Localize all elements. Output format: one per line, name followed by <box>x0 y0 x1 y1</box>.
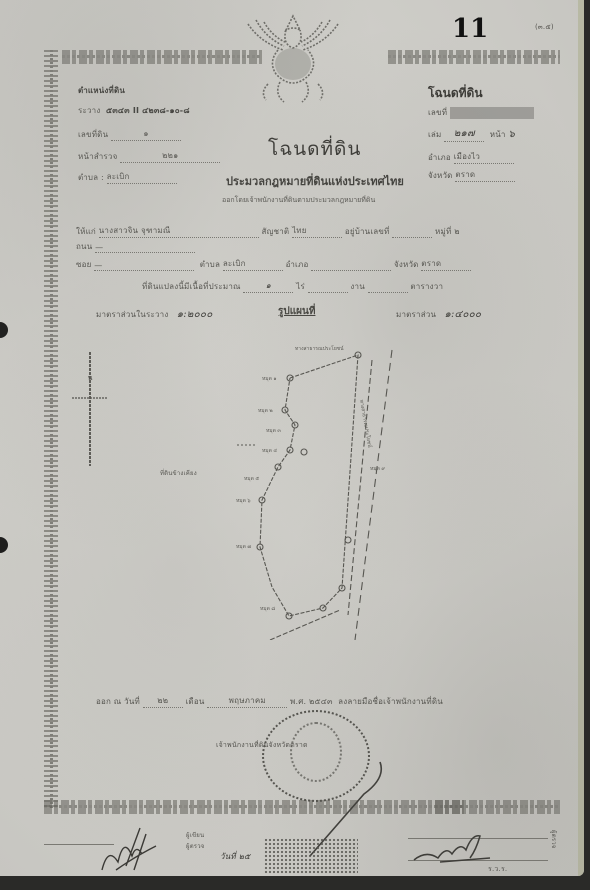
left-block-heading: ตำแหน่งที่ดิน <box>78 84 125 97</box>
svg-text:หมุด ๑: หมุด ๑ <box>262 376 277 382</box>
punch-hole-top <box>0 322 8 338</box>
map-title: รูปแผนที่ <box>278 304 315 319</box>
svg-text:หมุด ๕: หมุด ๕ <box>244 476 259 482</box>
field-map-sheet: ระวาง ๕๓๔๓ II ๔๒๓๘-๑๐-๘ <box>78 104 190 117</box>
issue-date-line: ออก ณ วันที่ ๒๒ เดือน พฤษภาคม พ.ศ. ๒๕๔๓ … <box>96 694 443 708</box>
right-margin-note: ผู้ตรวจ <box>548 830 558 849</box>
page-number: 11 <box>452 14 488 44</box>
corner-mark: (๓.๕) <box>535 22 554 33</box>
map-scale-left: มาตราส่วนในระวาง ๑:๒๐๐๐ <box>96 307 213 322</box>
redacted-deed-number <box>450 107 534 119</box>
right-signature <box>410 828 500 868</box>
owner-line-1: ให้แก่ นางสาวจิน จุฑามณี สัญชาติ ไทย อยู… <box>76 224 460 238</box>
field-subdistrict: ตำบล : ละเบิก <box>78 170 177 184</box>
field-district: อำเภอ เมืองไว <box>428 150 514 164</box>
left-signature <box>96 826 176 876</box>
document-subtitle-small: ออกโดยเจ้าพนักงานที่ดินตามประมวลกฎหมายที… <box>222 195 375 206</box>
svg-text:หมุด ๖: หมุด ๖ <box>236 498 251 504</box>
bottom-ornamental-border-left <box>44 800 464 814</box>
plot-map-diagram: ทางสาธารณประโยชน์ หมุด ๑ หมุด ๒ หมุด ๓ ห… <box>200 340 400 640</box>
garuda-emblem-icon <box>238 12 348 112</box>
field-deed-number: เลขที่ <box>428 106 534 119</box>
neighbor-label: ที่ดินข้างเคียง <box>160 468 197 478</box>
field-land-number: เลขที่ดิน ๑ <box>78 127 181 141</box>
left-footer-notes: ผู้เขียน ผู้ตรวจ <box>186 830 205 852</box>
top-ornamental-border-right <box>388 50 560 64</box>
svg-text:หมุด ๔: หมุด ๔ <box>262 448 277 454</box>
area-line: ที่ดินแปลงนี้มีเนื้อที่ประมาณ ๑ ไร่ งาน … <box>142 279 443 293</box>
field-survey-page: หน้าสำรวจ ๒๒๑ <box>78 149 220 163</box>
field-volume-page: เล่ม ๒๑๗ หน้า ๖ <box>428 126 515 142</box>
svg-text:หมุด ๓: หมุด ๓ <box>266 428 281 434</box>
svg-text:หมุด ๙: หมุด ๙ <box>370 466 385 472</box>
north-arrow-icon: น <box>70 350 110 470</box>
svg-text:หมุด ๒: หมุด ๒ <box>258 408 273 414</box>
document-title: โฉนดที่ดิน <box>268 134 361 164</box>
owner-line-3: ซอย — ตำบล ละเบิก อำเภอ จังหวัด ตราด <box>76 257 471 271</box>
right-block-heading: โฉนดที่ดิน <box>428 84 483 103</box>
field-province: จังหวัด ตราด <box>428 168 515 182</box>
left-footer-date: วันที่ ๒๕ <box>220 850 250 863</box>
document-subtitle: ประมวลกฎหมายที่ดินแห่งประเทศไทย <box>226 172 404 190</box>
paper-edge <box>578 0 584 876</box>
owner-line-2: ถนน — <box>76 240 195 253</box>
security-pattern-box <box>264 838 358 874</box>
svg-text:หมุด ๗: หมุด ๗ <box>236 544 251 550</box>
svg-text:ทางสาธารณประโยชน์: ทางสาธารณประโยชน์ <box>295 345 344 352</box>
top-ornamental-border-left <box>62 50 262 64</box>
map-scale-right: มาตราส่วน ๑:๔๐๐๐ <box>396 307 481 322</box>
title-deed-page: 11 (๓.๕) ตำแหน่งที่ดิน ระวาง ๕๓๔๓ II ๔๒๓… <box>0 0 584 876</box>
left-ornamental-border <box>44 50 58 810</box>
punch-hole-bottom <box>0 537 8 553</box>
bottom-ornamental-border-right <box>435 800 560 814</box>
svg-text:ทางสาธารณประโยชน์: ทางสาธารณประโยชน์ <box>358 399 373 449</box>
right-footer-note: ร.ว.ร. <box>488 864 507 875</box>
svg-text:น: น <box>88 374 93 382</box>
svg-text:หมุด ๘: หมุด ๘ <box>260 606 275 612</box>
